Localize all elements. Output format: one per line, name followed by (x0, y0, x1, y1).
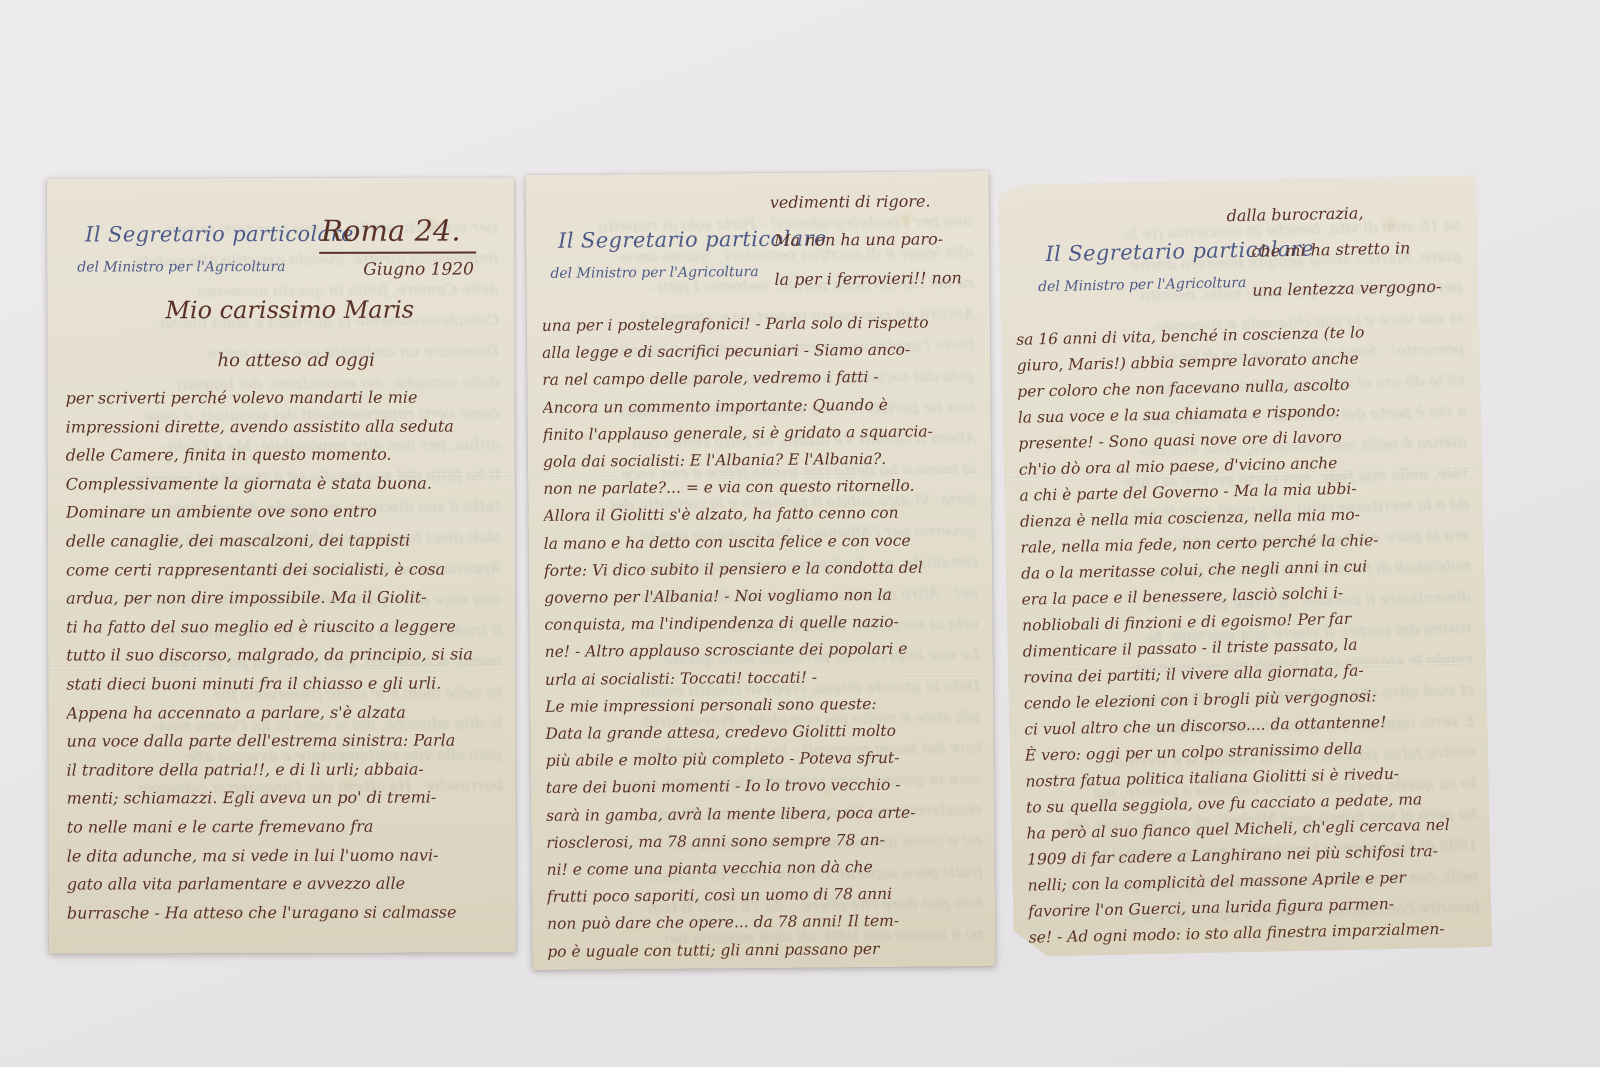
handwritten-line: Appena ha accennato a parlare, s'è alzat… (66, 698, 509, 728)
carryover-line: dalla burocrazia, (1226, 203, 1363, 225)
handwritten-line: come certi rappresentanti dei socialisti… (66, 555, 509, 585)
handwritten-line: Le mie impressioni personali sono queste… (545, 690, 988, 721)
handwritten-line: Complessivamente la giornata è stata buo… (66, 469, 509, 499)
handwritten-line: frutti poco saporiti, così un uomo di 78… (547, 880, 990, 911)
handwritten-line: la mano e ha detto con uscita felice e c… (544, 527, 987, 558)
handwritten-line: delle Camere, finita in questo momento. (66, 441, 509, 471)
handwritten-line: forte: Vi dico subito il pensiero e la c… (544, 554, 987, 585)
date-month-year: Giugno 1920 (363, 259, 476, 279)
opening-line: ho atteso ad oggi (217, 350, 374, 371)
letter-page-1: per scriverti perché volevo mandarti le … (47, 177, 516, 953)
letter-page-3: sa 16 anni di vita, benché in coscienza … (998, 175, 1492, 957)
handwritten-line: to nelle mani e le carte fremevano fra (67, 812, 510, 842)
handwritten-wrap-lines: che mi ha stretto inuna lentezza vergogn… (1251, 228, 1442, 310)
handwritten-line: delle canaglie, dei mascalzoni, dei tapp… (66, 526, 509, 556)
handwritten-line: più abile e molto più completo - Poteva … (546, 744, 989, 775)
handwritten-line: il traditore della patria!!, e di lì url… (66, 755, 509, 785)
handwritten-body: sa 16 anni di vita, benché in coscienza … (1016, 317, 1487, 950)
handwritten-line: non ne parlate?... = e via con questo ri… (543, 472, 986, 503)
salutation: Mio carissimo Maris (165, 296, 414, 325)
handwritten-line: ardua, per non dire impossibile. Ma il G… (66, 584, 509, 614)
handwritten-line: ni! e come una pianta vecchia non dà che (546, 853, 989, 884)
handwritten-body: una per i postelegrafonici! - Parla solo… (542, 309, 991, 966)
letterhead: Il Segretario particolare del Ministro p… (85, 224, 354, 275)
handwritten-line: che mi ha stretto in (1251, 228, 1441, 271)
handwritten-line: ne! - Altro applauso scrosciante dei pop… (545, 635, 988, 666)
handwritten-line: sarà in gamba, avrà la mente libera, poc… (546, 799, 989, 830)
handwritten-line: Allora il Giolitti s'è alzato, ha fatto … (543, 499, 986, 530)
handwritten-line: tare dei buoni momenti - Io lo trovo vec… (546, 771, 989, 802)
handwritten-line: Dominare un ambiente ove sono entro (66, 498, 509, 528)
date-place: Roma 24. (319, 213, 477, 253)
handwritten-line: impressioni dirette, avendo assistito al… (66, 412, 509, 442)
handwritten-line: per scriverti perché volevo mandarti le … (66, 383, 509, 413)
handwritten-line: ra nel campo delle parole, vedremo i fat… (542, 363, 985, 394)
handwritten-line: la per i ferrovieri!! non (774, 258, 962, 299)
handwritten-line: gato alla vita parlamentare e avvezzo al… (67, 869, 510, 899)
letterhead-line1: Il Segretario particolare (85, 224, 354, 246)
handwritten-line: una voce dalla parte dell'estrema sinist… (66, 727, 509, 757)
handwritten-line: urla ai socialisti: Toccati! toccati! - (545, 663, 988, 694)
handwritten-line: non può dare che opere... da 78 anni! Il… (547, 907, 990, 938)
handwritten-line: gola dai socialisti: E l'Albania? E l'Al… (543, 445, 986, 476)
handwritten-line: stati dieci buoni minuti fra il chiasso … (66, 669, 509, 699)
handwritten-line: le dita adunche, ma si vede in lui l'uom… (67, 841, 510, 871)
date-block: Roma 24. Giugno 1920 (319, 213, 477, 279)
handwritten-line: po è uguale con tutti; gli anni passano … (547, 935, 990, 966)
handwritten-line: tutto il suo discorso, malgrado, da prin… (66, 641, 509, 671)
handwritten-line: Ma non ha una paro- (774, 219, 962, 260)
handwritten-line: riosclerosi, ma 78 anni sono sempre 78 a… (546, 826, 989, 857)
handwritten-line: una lentezza vergogno- (1252, 267, 1442, 310)
handwritten-line: burrasche - Ha atteso che l'uragano si c… (67, 898, 510, 928)
handwritten-line: finito l'applauso generale, si è gridato… (543, 418, 986, 449)
handwritten-line: una per i postelegrafonici! - Parla solo… (542, 309, 985, 340)
handwritten-line: conquista, ma l'indipendenza di quelle n… (544, 608, 987, 639)
handwritten-line: menti; schiamazzi. Egli aveva un po' di … (67, 784, 510, 814)
handwritten-line: governo per l'Albania! - Noi vogliamo no… (544, 581, 987, 612)
handwritten-line: Data la grande attesa, credevo Giolitti … (545, 717, 988, 748)
handwritten-line: Ancora un commento importante: Quando è (542, 391, 985, 422)
letter-photo-backdrop: per scriverti perché volevo mandarti le … (0, 0, 1600, 1067)
handwritten-line: alla legge e di sacrifici pecuniari - Si… (542, 336, 985, 367)
handwritten-wrap-lines: Ma non ha una paro-la per i ferrovieri!!… (774, 219, 962, 299)
carryover-line: vedimenti di rigore. (770, 192, 931, 212)
letter-page-2: una per i postelegrafonici! - Parla solo… (526, 171, 996, 970)
handwritten-body: per scriverti perché volevo mandarti le … (66, 383, 510, 927)
letterhead-line2: del Ministro per l'Agricoltura (77, 260, 354, 275)
handwritten-line: ti ha fatto del suo meglio ed è riuscito… (66, 612, 509, 642)
